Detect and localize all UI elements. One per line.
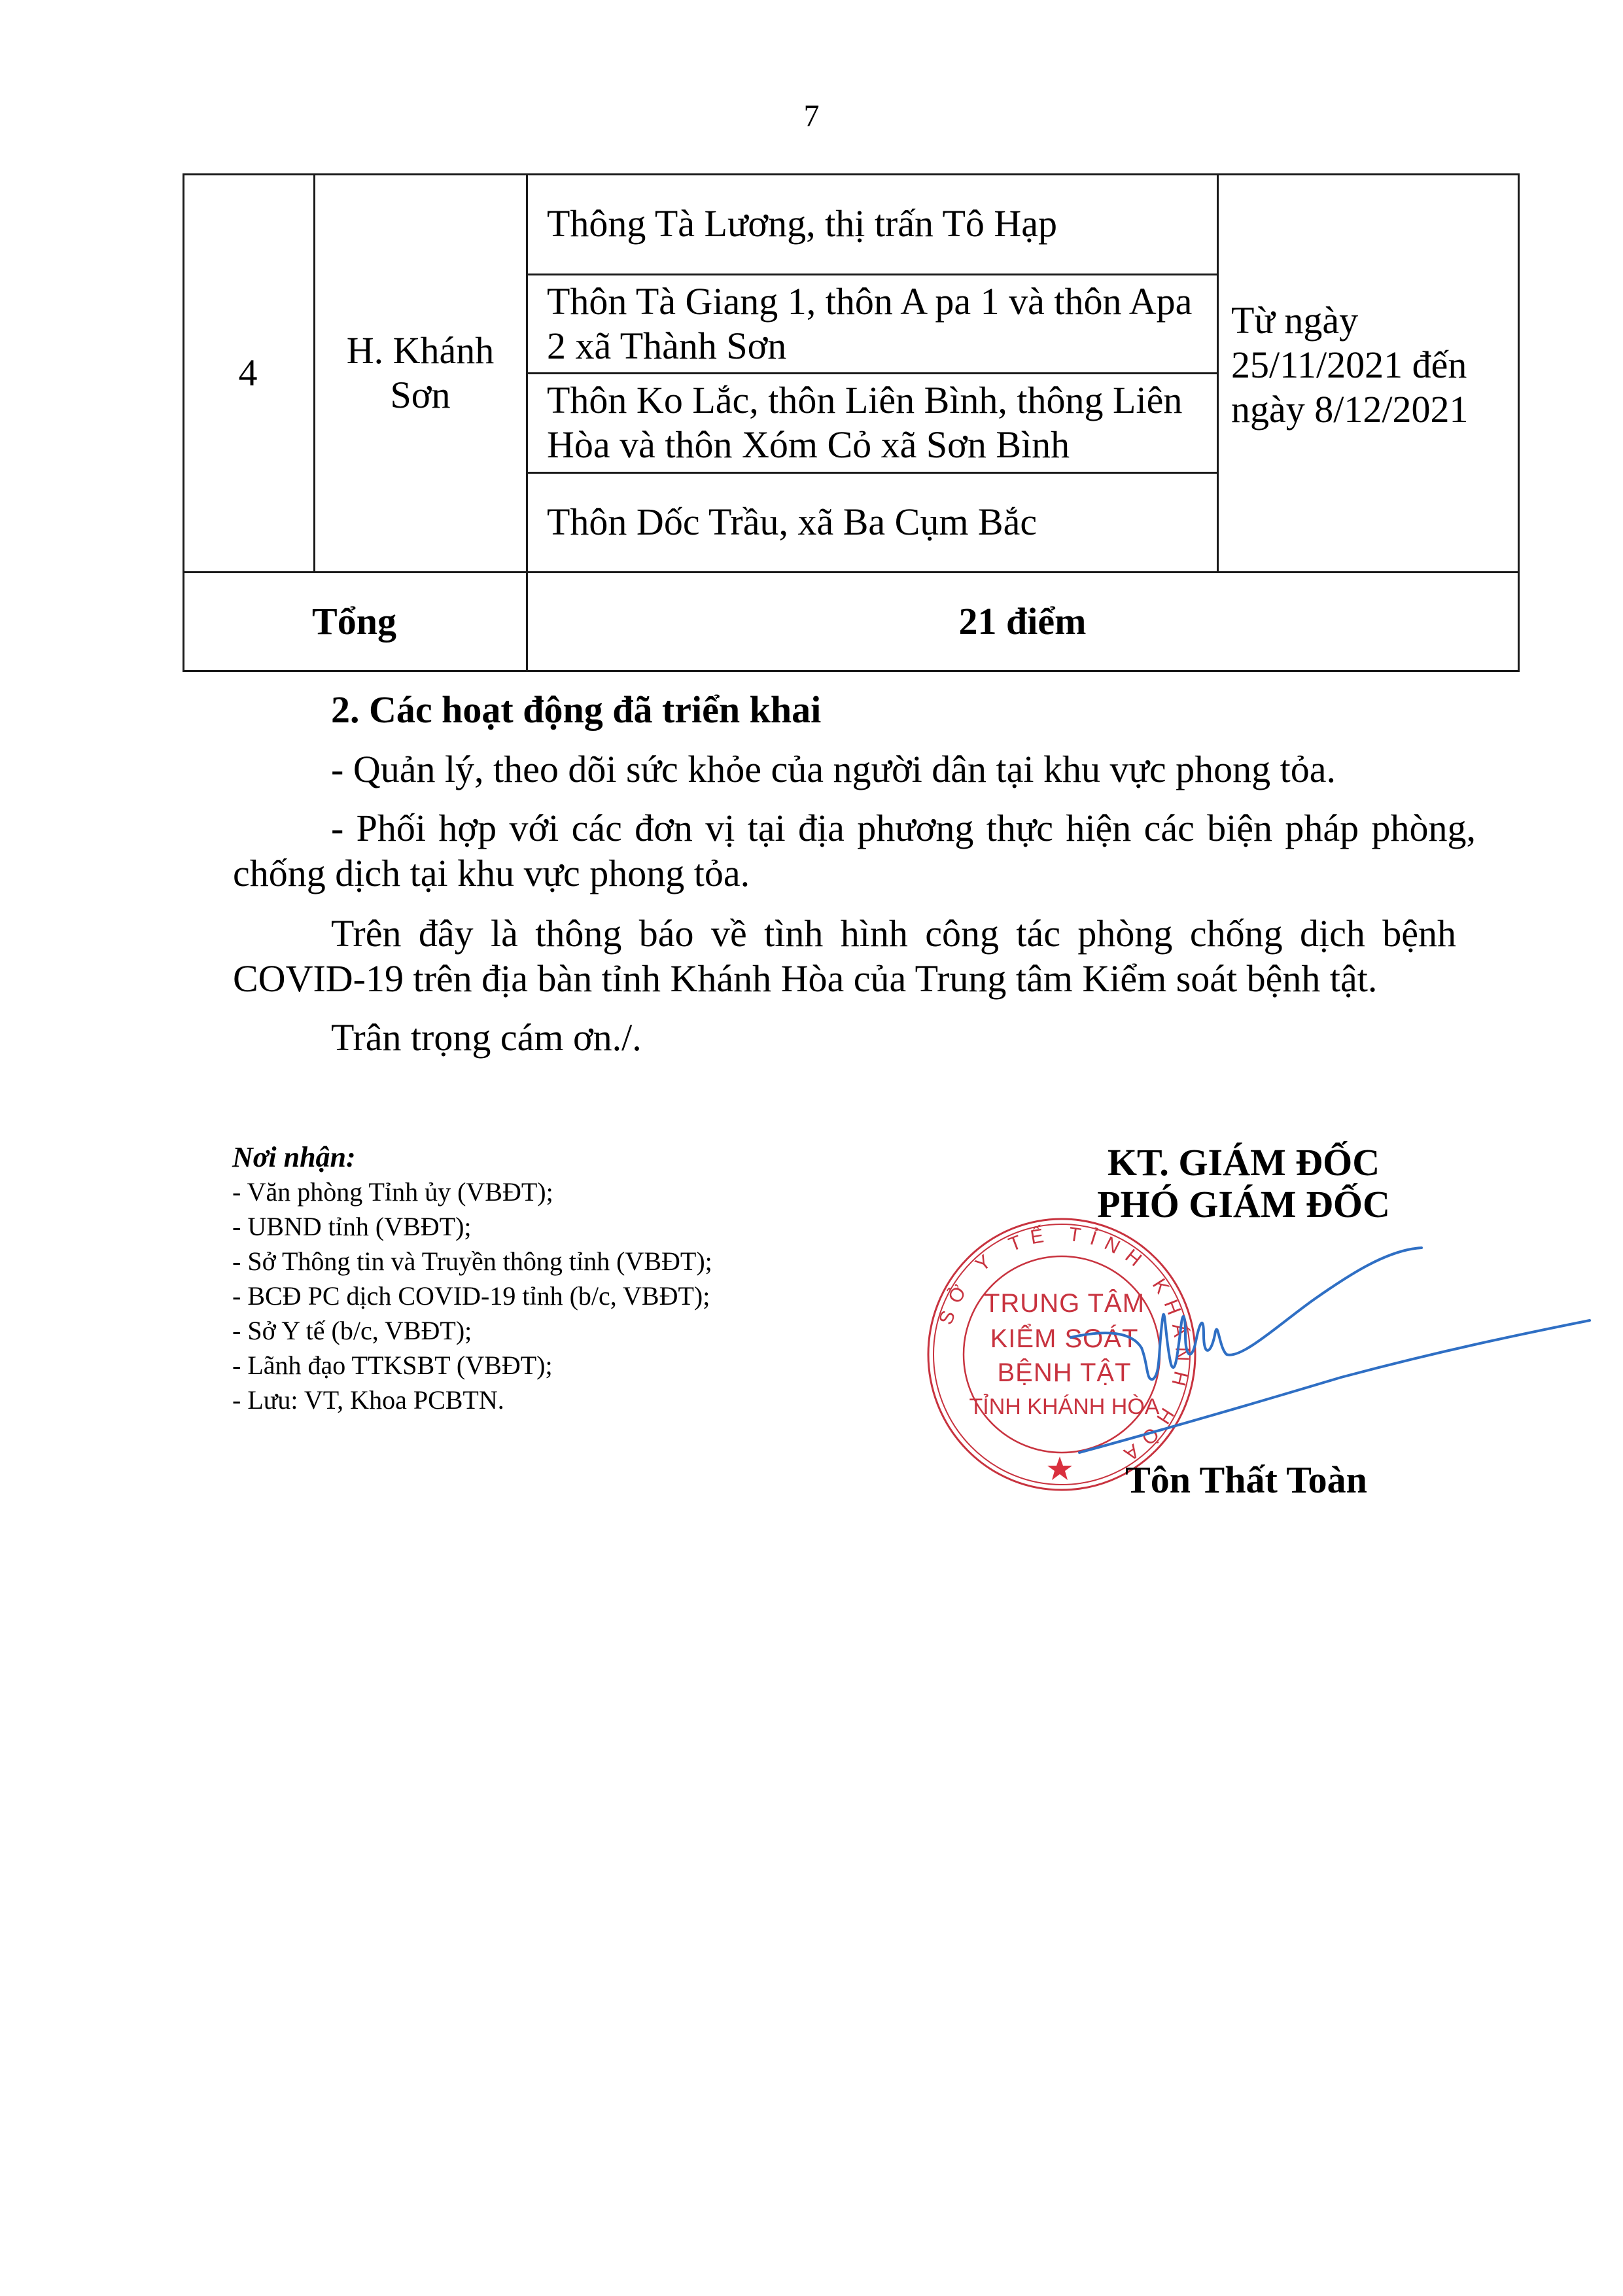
signer-title-line1: KT. GIÁM ĐỐC: [1047, 1141, 1440, 1184]
cell-location: Thôn Tà Giang 1, thôn A pa 1 và thôn Apa…: [527, 274, 1217, 373]
recipient-item: - BCĐ PC dịch COVID-19 tỉnh (b/c, VBĐT);: [232, 1279, 712, 1313]
blockade-table: 4 H. Khánh Sơn Thông Tà Lương, thị trấn …: [183, 173, 1519, 671]
table-border-right: [1518, 173, 1520, 672]
cell-location: Thôn Ko Lắc, thôn Liên Bình, thông Liên …: [527, 373, 1217, 472]
total-label: Tổng: [183, 573, 526, 671]
cell-district: H. Khánh Sơn: [315, 173, 526, 572]
recipients-block: Nơi nhận: - Văn phòng Tỉnh ủy (VBĐT); - …: [232, 1140, 712, 1417]
cell-location: Thông Tà Lương, thị trấn Tô Hạp: [527, 173, 1217, 274]
bullet-item: - Phối hợp với các đơn vị tại địa phương…: [233, 805, 1476, 896]
section-heading: 2. Các hoạt động đã triển khai: [233, 687, 1476, 732]
recipient-item: - Lãnh đạo TTKSBT (VBĐT);: [232, 1348, 712, 1383]
recipient-item: - Sở Y tế (b/c, VBĐT);: [232, 1313, 712, 1348]
stamp-line: TRUNG TÂM: [955, 1290, 1174, 1316]
recipient-item: - Sở Thông tin và Truyền thông tỉnh (VBĐ…: [232, 1244, 712, 1279]
page-number: 7: [0, 97, 1623, 136]
thanks-line: Trân trọng cám ơn./.: [233, 1015, 1476, 1060]
recipient-item: - Lưu: VT, Khoa PCBTN.: [232, 1383, 712, 1417]
bullet-item: - Quản lý, theo dõi sức khỏe của người d…: [233, 747, 1476, 792]
recipient-item: - UBND tỉnh (VBĐT);: [232, 1209, 712, 1244]
stamp-line: BỆNH TẬT: [955, 1360, 1174, 1386]
closing-paragraph: Trên đây là thông báo về tình hình công …: [233, 911, 1456, 1001]
stamp-line: KIỂM SOÁT: [955, 1326, 1174, 1352]
stamp-line: TỈNH KHÁNH HÒA: [955, 1394, 1174, 1420]
recipient-item: - Văn phòng Tỉnh ủy (VBĐT);: [232, 1174, 712, 1209]
official-stamp-icon: SỞ Y TẾ TỈNH KHÁNH HÒA: [924, 1217, 1199, 1492]
total-value: 21 điểm: [527, 573, 1518, 671]
cell-period: Từ ngày 25/11/2021 đến ngày 8/12/2021: [1218, 173, 1518, 572]
recipients-heading: Nơi nhận:: [232, 1140, 712, 1174]
signer-name: Tôn Thất Toàn: [1047, 1458, 1446, 1502]
cell-stt: 4: [183, 173, 313, 572]
cell-location: Thôn Dốc Trầu, xã Ba Cụm Bắc: [527, 472, 1217, 572]
